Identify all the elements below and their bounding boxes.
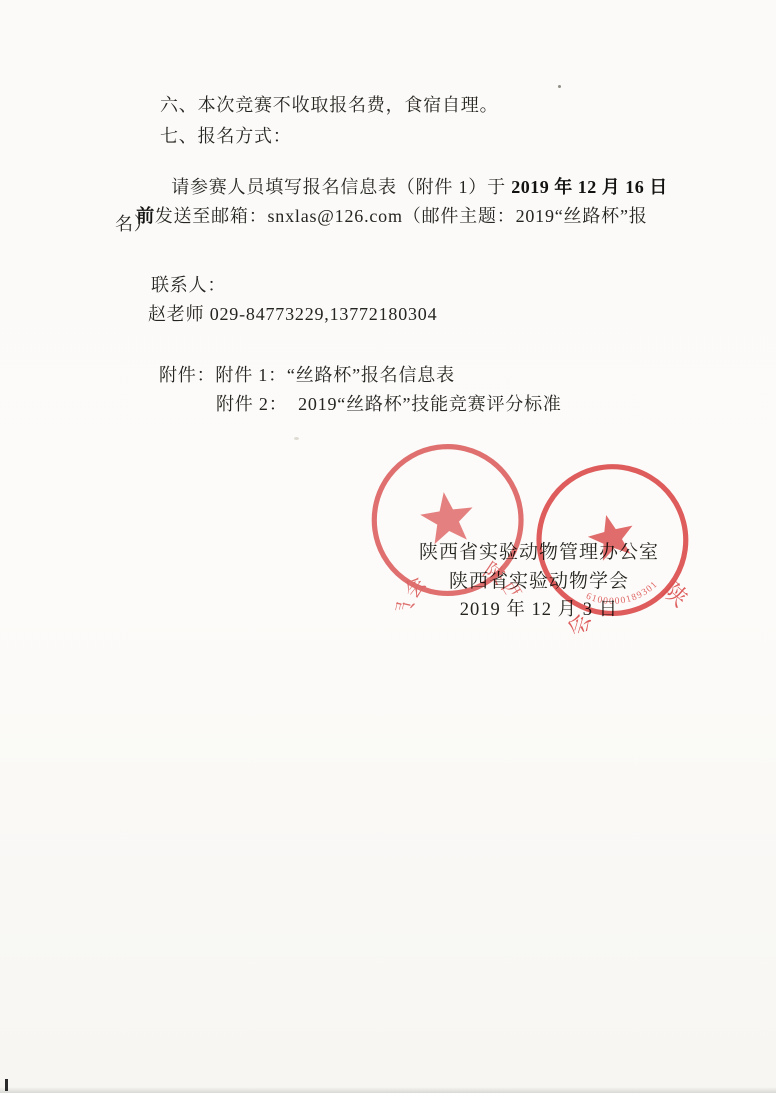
- contact-label: 联系人：: [151, 271, 226, 297]
- signature-org-society: 陕西省实验动物学会: [404, 566, 674, 593]
- scan-dust-speck: [558, 85, 561, 88]
- attachment-line-2: 附件 2： 2019“丝路杯”技能竞赛评分标准: [216, 390, 562, 416]
- scan-bottom-shadow: [0, 1087, 776, 1093]
- scan-smudge: [294, 437, 299, 440]
- signature-date: 2019 年 12 月 3 日: [404, 595, 674, 621]
- contact-value: 赵老师 029-84773229,13772180304: [148, 300, 437, 326]
- attachment-line-1: 附件：附件 1：“丝路杯”报名信息表: [159, 361, 455, 387]
- body-line-registration-heading: 七、报名方式：: [160, 122, 292, 148]
- body-line-fees: 六、本次竞赛不收取报名费，食宿自理。: [160, 91, 498, 117]
- signature-org-office: 陕西省实验动物管理办公室: [404, 537, 674, 564]
- body-line-email: 前发送至邮箱：snxlas@126.com（邮件主题：2019“丝路杯”报: [115, 181, 648, 249]
- body-line-wrap-end: 名）: [115, 210, 153, 236]
- email-line-normal: 发送至邮箱：snxlas@126.com（邮件主题：2019“丝路杯”报: [155, 206, 648, 226]
- scanned-document-page: 六、本次竞赛不收取报名费，食宿自理。 七、报名方式： 请参赛人员填写报名信息表（…: [0, 0, 776, 1093]
